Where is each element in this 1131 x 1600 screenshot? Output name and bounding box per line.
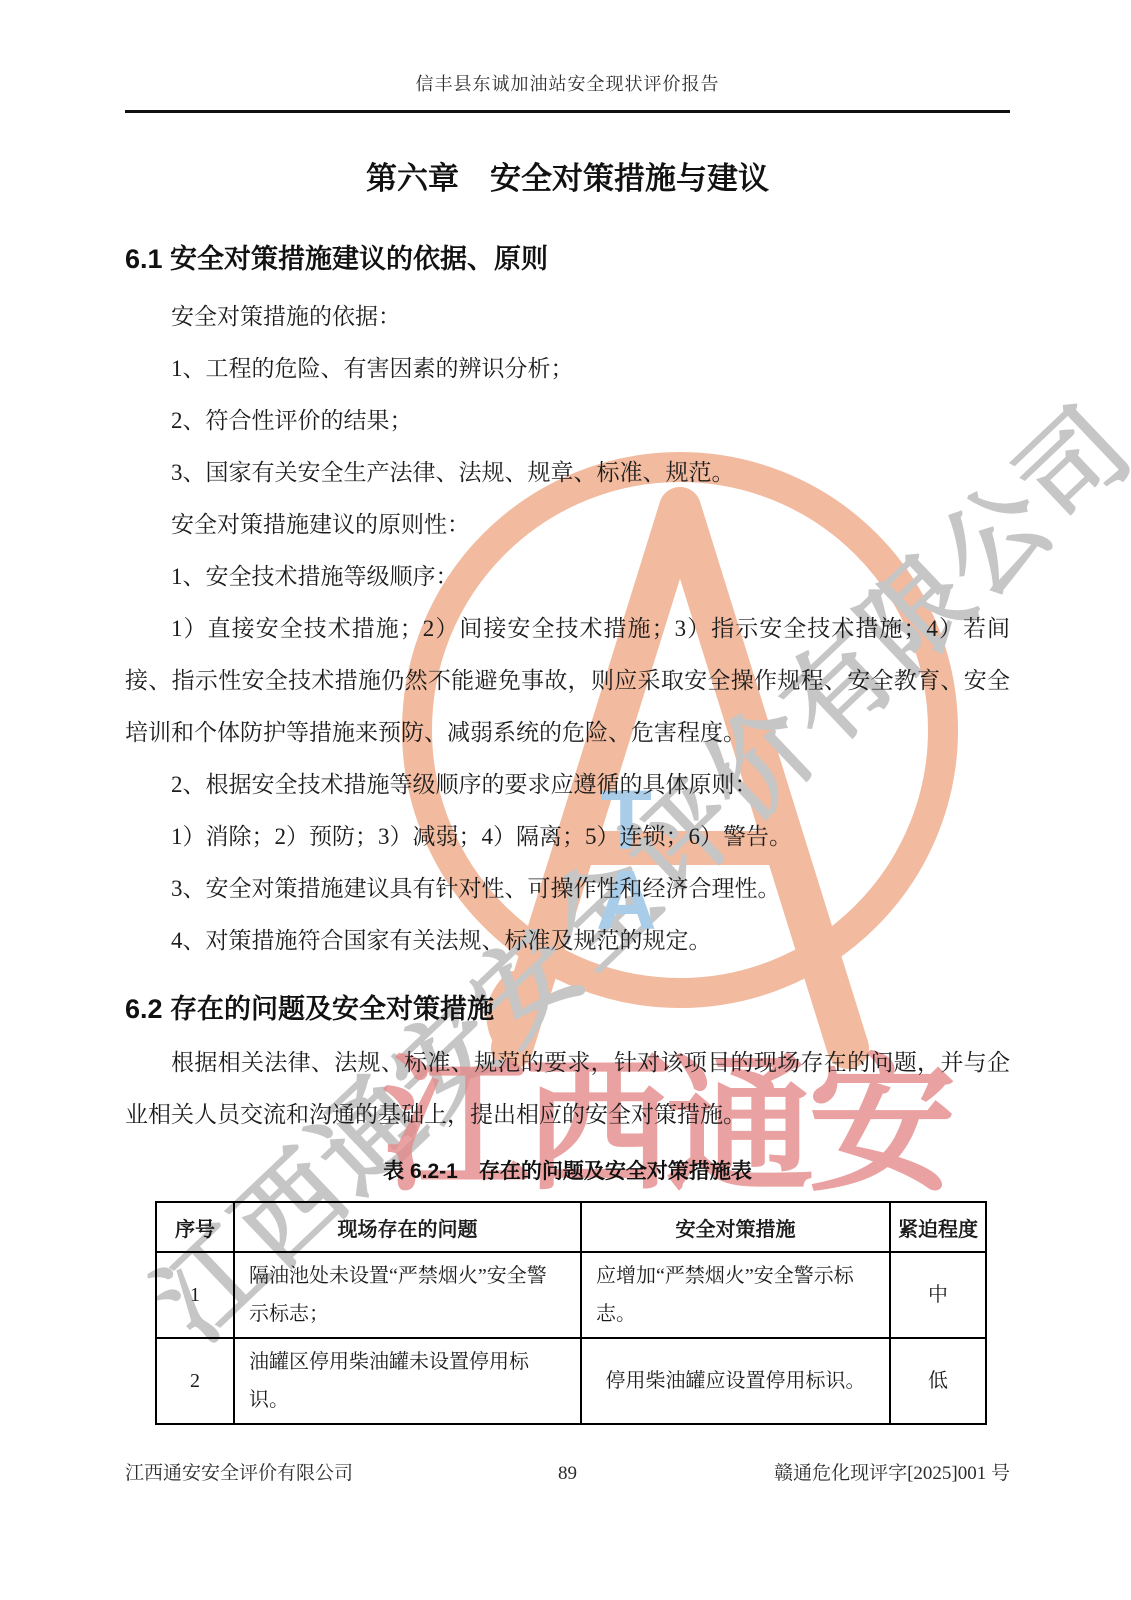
paragraph: 根据相关法律、法规、标准、规范的要求，针对该项目的现场存在的问题，并与企业相关人… — [125, 1037, 1010, 1141]
cell-index: 2 — [156, 1338, 234, 1424]
table-caption: 表 6.2-1 存在的问题及安全对策措施表 — [125, 1159, 1010, 1185]
paragraph: 3、国家有关安全生产法律、法规、规章、标准、规范。 — [125, 447, 1010, 499]
cell-problem: 隔油池处未设置“严禁烟火”安全警示标志； — [234, 1252, 581, 1338]
paragraph: 4、对策措施符合国家有关法规、标准及规范的规定。 — [125, 915, 1010, 967]
footer-company: 江西通安安全评价有限公司 — [125, 1458, 420, 1485]
paragraph: 安全对策措施建议的原则性： — [125, 499, 1010, 551]
paragraph: 2、符合性评价的结果； — [125, 395, 1010, 447]
cell-urgency: 中 — [890, 1252, 986, 1338]
paragraph: 2、根据安全技术措施等级顺序的要求应遵循的具体原则： — [125, 759, 1010, 811]
page-footer: 江西通安安全评价有限公司 89 赣通危化现评字[2025]001 号 — [125, 1458, 1010, 1485]
col-header-problem: 现场存在的问题 — [234, 1202, 581, 1252]
table-header-row: 序号 现场存在的问题 安全对策措施 紧迫程度 — [156, 1202, 986, 1252]
table-row: 2 油罐区停用柴油罐未设置停用标识。 停用柴油罐应设置停用标识。 低 — [156, 1338, 986, 1424]
col-header-urgency: 紧迫程度 — [890, 1202, 986, 1252]
paragraph: 1、工程的危险、有害因素的辨识分析； — [125, 343, 1010, 395]
paragraph: 1、安全技术措施等级顺序： — [125, 551, 1010, 603]
footer-page-number: 89 — [420, 1463, 715, 1485]
cell-problem: 油罐区停用柴油罐未设置停用标识。 — [234, 1338, 581, 1424]
chapter-title: 第六章 安全对策措施与建议 — [125, 159, 1010, 199]
section-6-1-heading: 6.1 安全对策措施建议的依据、原则 — [125, 241, 1010, 277]
cell-measure: 停用柴油罐应设置停用标识。 — [581, 1338, 890, 1424]
paragraph: 3、安全对策措施建议具有针对性、可操作性和经济合理性。 — [125, 863, 1010, 915]
cell-urgency: 低 — [890, 1338, 986, 1424]
page-content: 信丰县东诚加油站安全现状评价报告 第六章 安全对策措施与建议 6.1 安全对策措… — [0, 0, 1131, 1425]
report-page: 江西通安安全评价有限公司 T A 江西通安 信丰县东诚加油站安全现状评价报告 第… — [0, 0, 1131, 1600]
section-6-2-heading: 6.2 存在的问题及安全对策措施 — [125, 991, 1010, 1027]
col-header-index: 序号 — [156, 1202, 234, 1252]
header-rule — [125, 110, 1010, 113]
cell-measure: 应增加“严禁烟火”安全警示标志。 — [581, 1252, 890, 1338]
paragraph: 1）直接安全技术措施；2）间接安全技术措施；3）指示安全技术措施；4）若间接、指… — [125, 603, 1010, 759]
footer-doc-number: 赣通危化现评字[2025]001 号 — [715, 1458, 1010, 1485]
page-header-title: 信丰县东诚加油站安全现状评价报告 — [125, 70, 1010, 96]
section-6-1-body: 安全对策措施的依据： 1、工程的危险、有害因素的辨识分析； 2、符合性评价的结果… — [125, 291, 1010, 967]
paragraph: 1）消除；2）预防；3）减弱；4）隔离；5）连锁；6）警告。 — [125, 811, 1010, 863]
paragraph: 安全对策措施的依据： — [125, 291, 1010, 343]
table-row: 1 隔油池处未设置“严禁烟火”安全警示标志； 应增加“严禁烟火”安全警示标志。 … — [156, 1252, 986, 1338]
issues-table: 序号 现场存在的问题 安全对策措施 紧迫程度 1 隔油池处未设置“严禁烟火”安全… — [155, 1201, 987, 1425]
section-6-2-body: 根据相关法律、法规、标准、规范的要求，针对该项目的现场存在的问题，并与企业相关人… — [125, 1037, 1010, 1141]
col-header-measure: 安全对策措施 — [581, 1202, 890, 1252]
cell-index: 1 — [156, 1252, 234, 1338]
